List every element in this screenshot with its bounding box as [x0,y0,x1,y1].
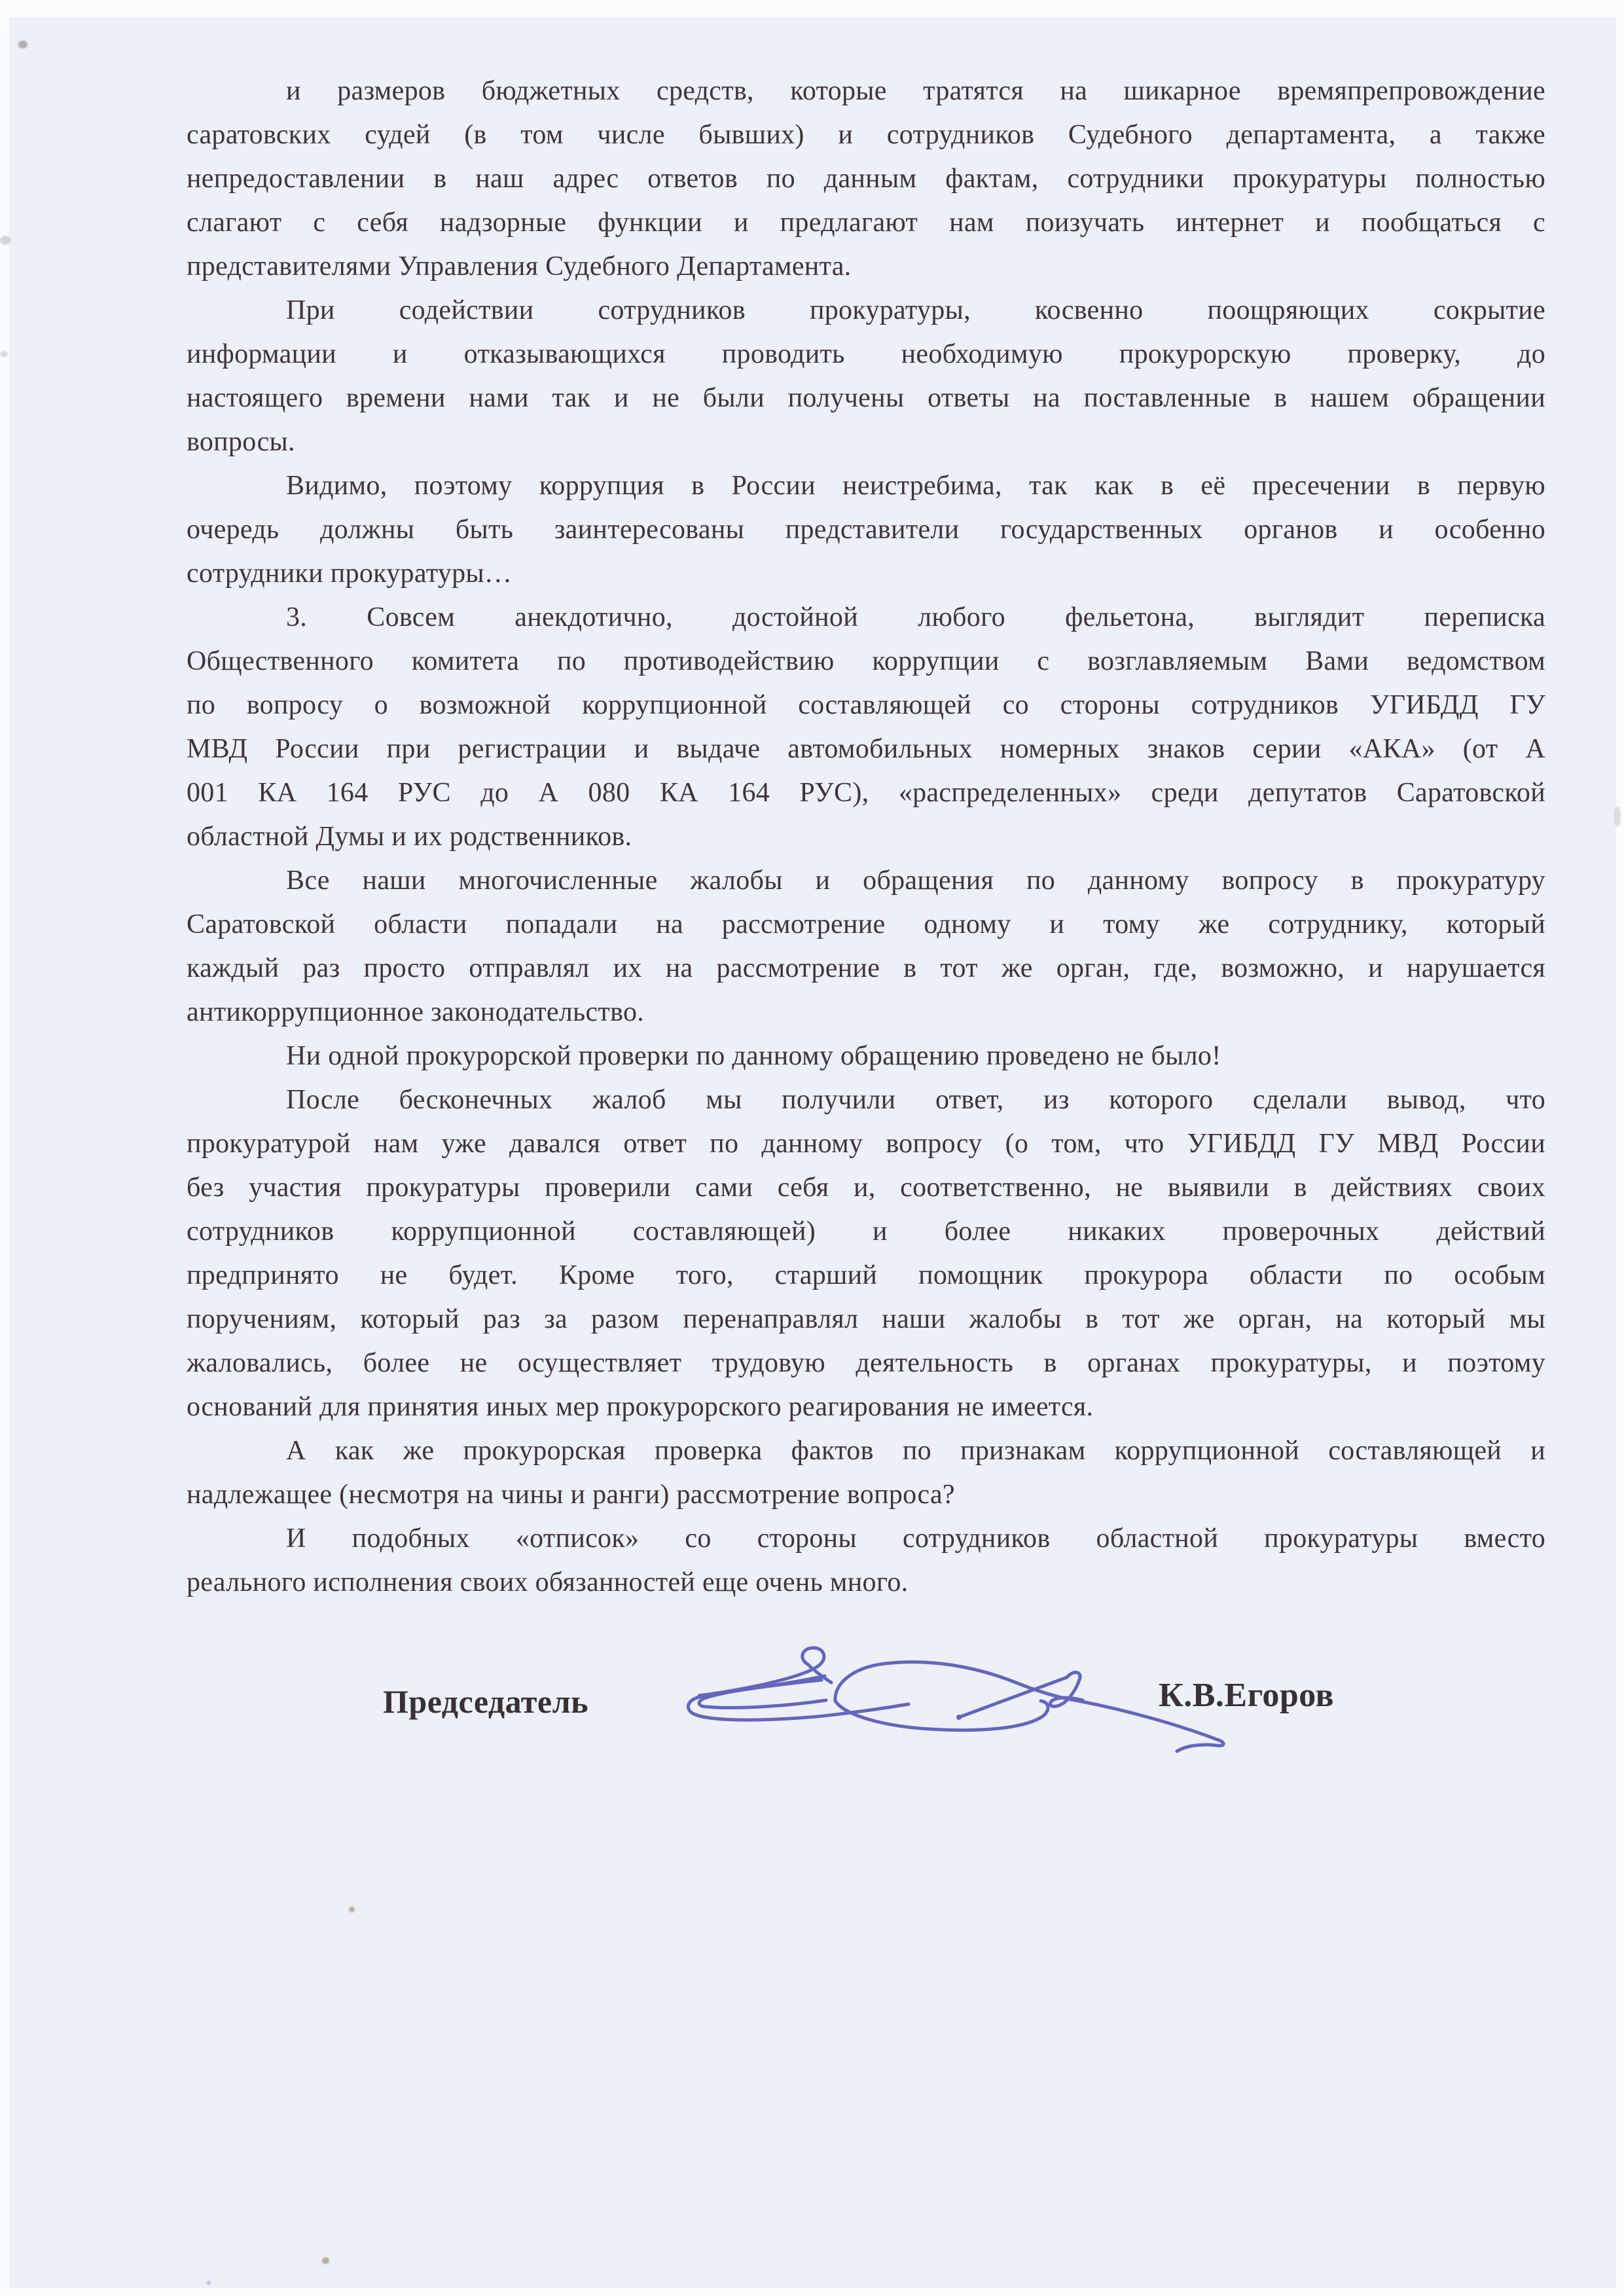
text-line: слагают с себя надзорные функции и предл… [187,201,1545,245]
scan-speck [0,236,10,245]
text-line: областной Думы и их родственников. [187,815,1545,859]
text-line: МВД России при регистрации и выдаче авто… [187,727,1545,771]
paragraph: 3. Совсем анекдотично, достойной любого … [187,596,1545,859]
text-line: настоящего времени нами так и не были по… [187,376,1545,420]
paragraph: После бесконечных жалоб мы получили отве… [187,1078,1545,1429]
scan-speck [207,2281,211,2285]
text-line: каждый раз просто отправлял их на рассмо… [187,947,1545,991]
scan-edge-top [0,0,1624,17]
scan-edge-right [1616,0,1624,2296]
text-block: и размеров бюджетных средств, которые тр… [187,69,1545,1605]
text-line: 3. Совсем анекдотично, достойной любого … [187,596,1545,640]
signature-role-label: Председатель [383,1683,588,1721]
text-line: Ни одной прокурорской проверки по данном… [187,1034,1545,1078]
text-line: информации и отказывающихся проводить не… [187,333,1545,376]
text-line: саратовских судей (в том числе бывших) и… [187,113,1545,157]
text-line: без участия прокуратуры проверили сами с… [187,1166,1545,1210]
text-line: представителями Управления Судебного Деп… [187,245,1545,289]
scan-speck [18,41,27,48]
paragraph: При содействии сотрудников прокуратуры, … [187,289,1545,464]
text-line: и размеров бюджетных средств, которые тр… [187,69,1545,113]
scan-speck [0,351,8,357]
scan-speck [1614,807,1621,826]
scan-speck [349,1906,355,1912]
signature-signer-name: К.В.Егоров [1159,1676,1334,1715]
text-line: антикоррупционное законодательство. [187,991,1545,1034]
text-line: А как же прокурорская проверка фактов по… [187,1429,1545,1473]
text-line: сотрудников коррупционной составляющей) … [187,1210,1545,1254]
text-line: Все наши многочисленные жалобы и обращен… [187,859,1545,903]
text-line: 001 КА 164 РУС до А 080 КА 164 РУС), «ра… [187,771,1545,815]
scan-edge-left [0,0,9,2296]
text-line: предпринято не будет. Кроме того, старши… [187,1254,1545,1298]
signature-ink-scribble [668,1637,1244,1768]
text-line: непредоставлении в наш адрес ответов по … [187,157,1545,201]
text-line: сотрудники прокуратуры… [187,552,1545,596]
paragraph: А как же прокурорская проверка фактов по… [187,1429,1545,1517]
text-line: оснований для принятия иных мер прокурор… [187,1385,1545,1429]
scan-speck [322,2257,329,2264]
paragraph: И подобных «отписок» со стороны сотрудни… [187,1517,1545,1605]
paragraph: Ни одной прокурорской проверки по данном… [187,1034,1545,1078]
text-line: прокуратурой нам уже давался ответ по да… [187,1122,1545,1166]
text-line: Видимо, поэтому коррупция в России неист… [187,464,1545,508]
scan-edge-bottom [0,2288,1624,2296]
text-line: Общественного комитета по противодействи… [187,640,1545,683]
text-line: вопросы. [187,420,1545,464]
paragraph: Видимо, поэтому коррупция в России неист… [187,464,1545,596]
text-line: поручениям, который раз за разом перенап… [187,1298,1545,1341]
text-line: реального исполнения своих обязанностей … [187,1561,1545,1605]
text-line: очередь должны быть заинтересованы предс… [187,508,1545,552]
paragraph: Все наши многочисленные жалобы и обращен… [187,859,1545,1034]
text-line: по вопросу о возможной коррупционной сос… [187,683,1545,727]
scanned-letter-page: и размеров бюджетных средств, которые тр… [0,0,1624,2296]
text-line: Саратовской области попадали на рассмотр… [187,903,1545,947]
paragraph: и размеров бюджетных средств, которые тр… [187,69,1545,289]
text-line: И подобных «отписок» со стороны сотрудни… [187,1517,1545,1561]
text-line: жаловались, более не осуществляет трудов… [187,1341,1545,1385]
text-line: При содействии сотрудников прокуратуры, … [187,289,1545,333]
text-line: надлежащее (несмотря на чины и ранги) ра… [187,1473,1545,1517]
text-line: После бесконечных жалоб мы получили отве… [187,1078,1545,1122]
